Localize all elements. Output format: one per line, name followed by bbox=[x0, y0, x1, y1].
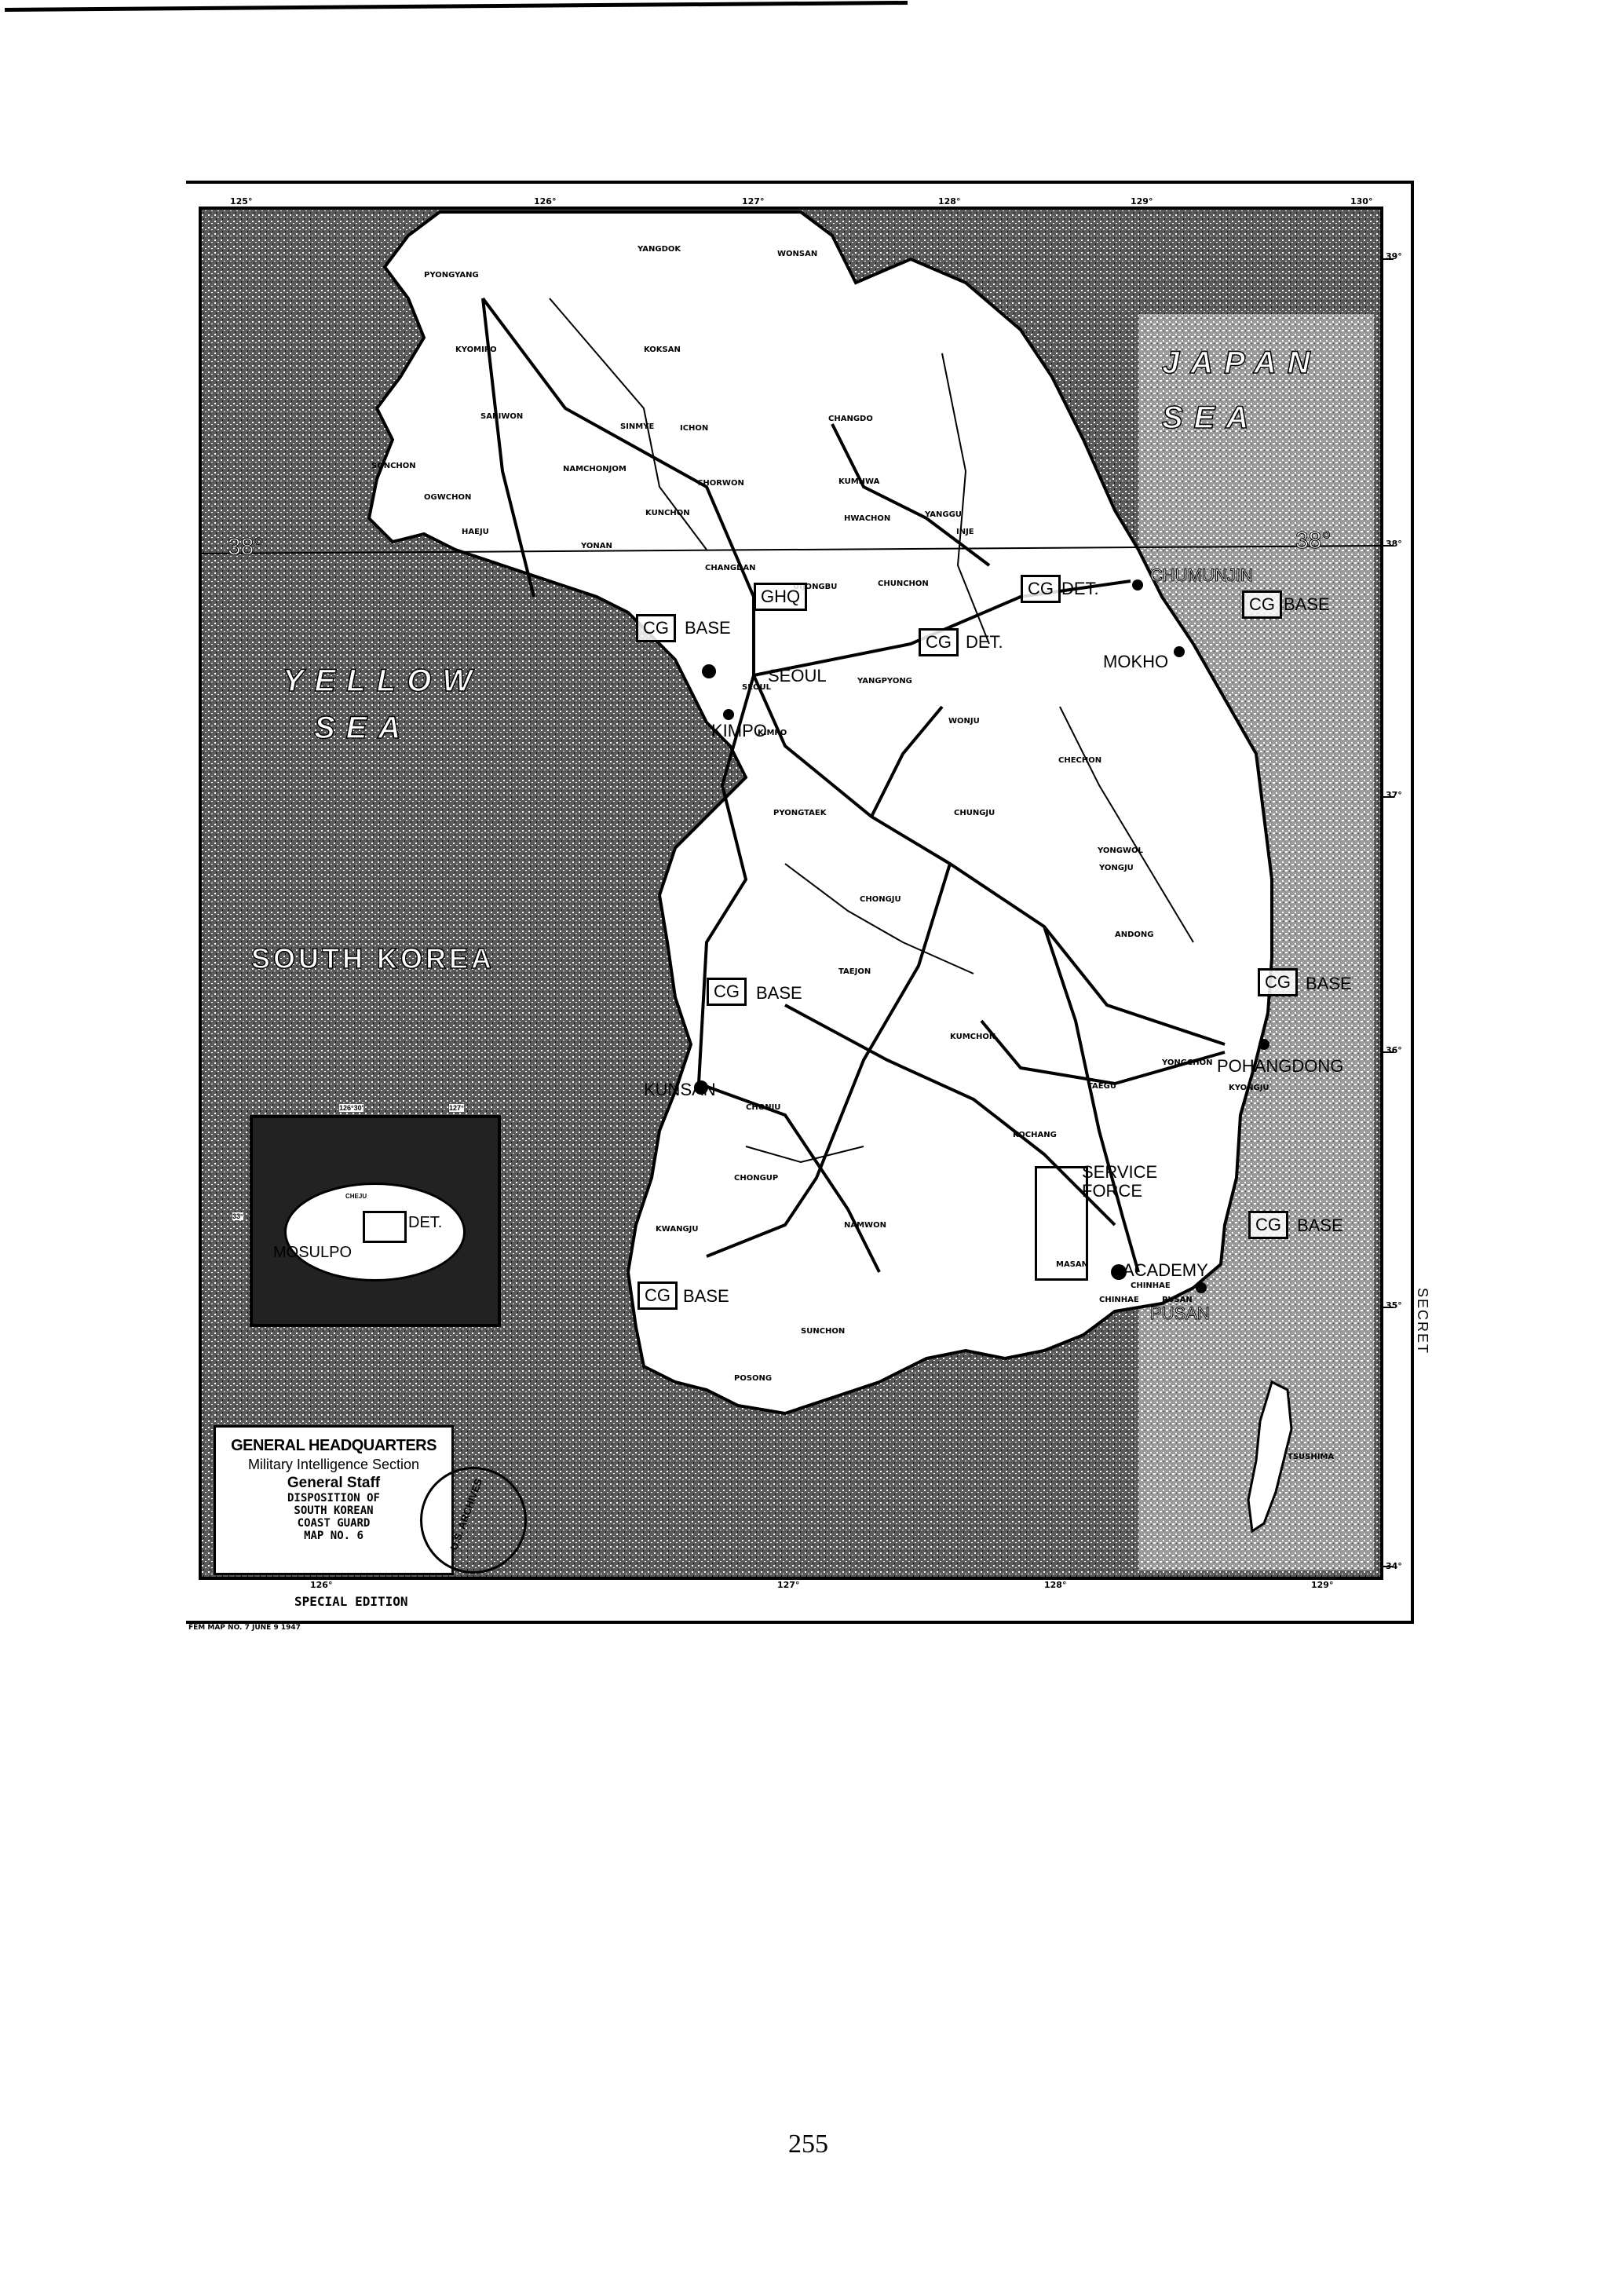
lon-bottom-128: 128° bbox=[1044, 1580, 1066, 1590]
title-line-6: COAST GUARD bbox=[216, 1517, 451, 1530]
lat-tick-39: 39° bbox=[1386, 251, 1402, 261]
city-label: PYONGTAEK bbox=[773, 809, 826, 817]
title-line-7: MAP NO. 6 bbox=[216, 1530, 451, 1542]
cheju-inset-map: DET. MOSULPO CHEJU 126°30' 127° 33° bbox=[250, 1115, 501, 1327]
mosulpo-label: MOSULPO bbox=[273, 1244, 352, 1262]
city-label: SARIWON bbox=[480, 412, 523, 421]
cg-base-mokpo-box: CG bbox=[637, 1281, 678, 1310]
city-label: SONCHON bbox=[371, 462, 416, 470]
seoul-label: SEOUL bbox=[768, 666, 827, 686]
city-label: KUNCHON bbox=[645, 509, 690, 517]
city-label: TAEGU bbox=[1087, 1082, 1116, 1091]
city-label: CHORWON bbox=[697, 479, 744, 488]
city-label: KOCHANG bbox=[1013, 1131, 1057, 1139]
city-label: WONSAN bbox=[777, 250, 817, 258]
map-sheet-frame bbox=[186, 181, 1414, 1624]
city-label: HWACHON bbox=[844, 514, 890, 523]
cg-base-mukho-box: CG bbox=[1242, 590, 1282, 619]
city-label: YONGJU bbox=[1099, 864, 1134, 872]
parallel-38-label: 38° bbox=[1295, 528, 1331, 554]
lon-tick-125: 125° bbox=[230, 196, 252, 207]
lon-tick-127: 127° bbox=[742, 196, 764, 207]
city-label: KWANGJU bbox=[656, 1225, 699, 1234]
city-label: PYONGYANG bbox=[424, 271, 479, 280]
lon-bottom-129: 129° bbox=[1311, 1580, 1333, 1590]
chumunjin-label: CHUMUNJIN bbox=[1150, 565, 1253, 586]
cg-det-chumunjin-label: DET. bbox=[1061, 579, 1099, 599]
city-label: OGWCHON bbox=[424, 493, 471, 502]
city-label: KYOMIPO bbox=[455, 345, 497, 354]
lat-tick-35: 35° bbox=[1386, 1300, 1402, 1311]
japan-sea-label-2: SEA bbox=[1162, 400, 1259, 436]
classification-mark: SECRET bbox=[1414, 1288, 1430, 1355]
lat-tick-37: 37° bbox=[1386, 790, 1402, 800]
inset-tick-33: 33° bbox=[232, 1212, 243, 1220]
kimpo-label: KIMPO bbox=[711, 721, 767, 741]
city-label: WONJU bbox=[948, 717, 980, 726]
lat-tick-38: 38° bbox=[1386, 539, 1402, 549]
special-edition-label: SPECIAL EDITION bbox=[294, 1594, 408, 1609]
inset-tick-12630: 126°30' bbox=[339, 1104, 363, 1112]
chinhae-label: CHINHAE bbox=[1131, 1281, 1171, 1290]
city-label: CHINHAE bbox=[1099, 1296, 1139, 1304]
title-line-3: General Staff bbox=[216, 1475, 451, 1492]
city-label: NAMWON bbox=[844, 1221, 886, 1230]
lon-tick-129: 129° bbox=[1131, 196, 1153, 207]
city-label: YANGGU bbox=[925, 510, 962, 519]
city-label: KUMHWA bbox=[838, 477, 879, 486]
cg-base-pohang-box: CG bbox=[1258, 968, 1298, 996]
title-line-5: SOUTH KOREAN bbox=[216, 1504, 451, 1517]
city-label: YANGDOK bbox=[637, 245, 681, 254]
cg-base-mukho-label: BASE bbox=[1284, 594, 1330, 615]
cg-det-chunchon-label: DET. bbox=[966, 632, 1003, 653]
city-label: POSONG bbox=[734, 1374, 772, 1383]
inset-det-label: DET. bbox=[408, 1214, 442, 1232]
city-label: TAEJON bbox=[838, 967, 871, 976]
city-label: SUNCHON bbox=[801, 1327, 845, 1336]
city-label: YONGWOL bbox=[1098, 846, 1143, 855]
cg-det-chumunjin-box: CG bbox=[1021, 575, 1061, 603]
city-label: KOKSAN bbox=[644, 345, 681, 354]
city-label: YONGCHON bbox=[1162, 1058, 1213, 1067]
lat-tick-34: 34° bbox=[1386, 1561, 1402, 1571]
mokho-label: MOKHO bbox=[1103, 652, 1168, 672]
lon-tick-128: 128° bbox=[938, 196, 960, 207]
title-line-1: GENERAL HEADQUARTERS bbox=[216, 1437, 451, 1455]
cg-base-pohang-label: BASE bbox=[1306, 974, 1352, 994]
city-label: SINMYE bbox=[620, 422, 654, 431]
city-label: KUMCHON bbox=[950, 1033, 995, 1041]
cg-base-inchon-label: BASE bbox=[685, 618, 731, 638]
city-label: CHANGDO bbox=[828, 415, 873, 423]
city-label: YANGPYONG bbox=[857, 677, 912, 686]
title-line-2: Military Intelligence Section bbox=[216, 1457, 451, 1473]
inset-tick-127: 127° bbox=[449, 1104, 464, 1112]
city-label: CHONJU bbox=[746, 1103, 780, 1112]
cg-base-pusan-box: CG bbox=[1248, 1211, 1288, 1239]
lon-tick-130: 130° bbox=[1350, 196, 1372, 207]
service-force-label-2: FORCE bbox=[1082, 1181, 1142, 1201]
map-title-block: GENERAL HEADQUARTERS Military Intelligen… bbox=[214, 1425, 454, 1575]
pohangdong-label: POHANGDONG bbox=[1217, 1056, 1343, 1077]
parallel-38-label-west: 38° bbox=[228, 534, 263, 561]
japan-sea-label-1: JAPAN bbox=[1162, 345, 1321, 381]
lat-tick-36: 36° bbox=[1386, 1045, 1402, 1055]
city-label: NAMCHONJOM bbox=[563, 465, 627, 473]
city-label: CHUNGJU bbox=[954, 809, 995, 817]
city-label: YONAN bbox=[581, 542, 612, 550]
city-label: CHANGDAN bbox=[705, 564, 755, 572]
city-label: ICHON bbox=[680, 424, 708, 433]
lon-bottom-126: 126° bbox=[310, 1580, 332, 1590]
cg-base-pusan-label: BASE bbox=[1297, 1216, 1343, 1236]
city-label: SEOUL bbox=[742, 683, 771, 692]
service-force-label-1: SERVICE bbox=[1082, 1162, 1157, 1183]
cg-base-inchon-box: CG bbox=[636, 614, 676, 642]
city-label: CHONGJU bbox=[860, 895, 901, 904]
title-line-4: DISPOSITION OF bbox=[216, 1492, 451, 1504]
yellow-sea-label-1: YELLOW bbox=[283, 664, 483, 699]
service-force-boundary bbox=[1035, 1166, 1088, 1281]
ghq-box: GHQ bbox=[754, 583, 807, 611]
city-label: ANDONG bbox=[1115, 930, 1154, 939]
cg-base-kunsan-label: BASE bbox=[756, 983, 802, 1004]
cg-base-kunsan-box: CG bbox=[707, 978, 747, 1006]
south-korea-label: SOUTH KOREA bbox=[251, 942, 495, 975]
page-number: 255 bbox=[788, 2130, 828, 2159]
city-label: CHUNCHON bbox=[878, 579, 929, 588]
cg-det-chunchon-box: CG bbox=[919, 628, 959, 656]
inset-det-box bbox=[363, 1211, 407, 1243]
city-label: CHONGUP bbox=[734, 1174, 778, 1183]
pusan-label: PUSAN bbox=[1150, 1303, 1210, 1324]
city-label: INJE bbox=[956, 528, 974, 536]
yellow-sea-label-2: SEA bbox=[314, 711, 411, 746]
stamp-text: U.S. ARCHIVES bbox=[448, 1477, 484, 1552]
cheju-label: CHEJU bbox=[345, 1193, 367, 1200]
academy-label: ACADEMY bbox=[1123, 1260, 1208, 1281]
city-label: CHECHON bbox=[1058, 756, 1101, 765]
lon-bottom-127: 127° bbox=[777, 1580, 799, 1590]
city-label: HAEJU bbox=[462, 528, 489, 536]
lon-tick-126: 126° bbox=[534, 196, 556, 207]
map-footer-note: FEM MAP NO. 7 JUNE 9 1947 bbox=[188, 1624, 301, 1632]
city-label: KYONGJU bbox=[1229, 1084, 1269, 1092]
city-label: TSUSHIMA bbox=[1288, 1453, 1334, 1461]
archives-stamp: U.S. ARCHIVES bbox=[420, 1467, 527, 1574]
kunsan-label: KUNSAN bbox=[644, 1080, 716, 1100]
cg-base-mokpo-label: BASE bbox=[683, 1286, 729, 1307]
